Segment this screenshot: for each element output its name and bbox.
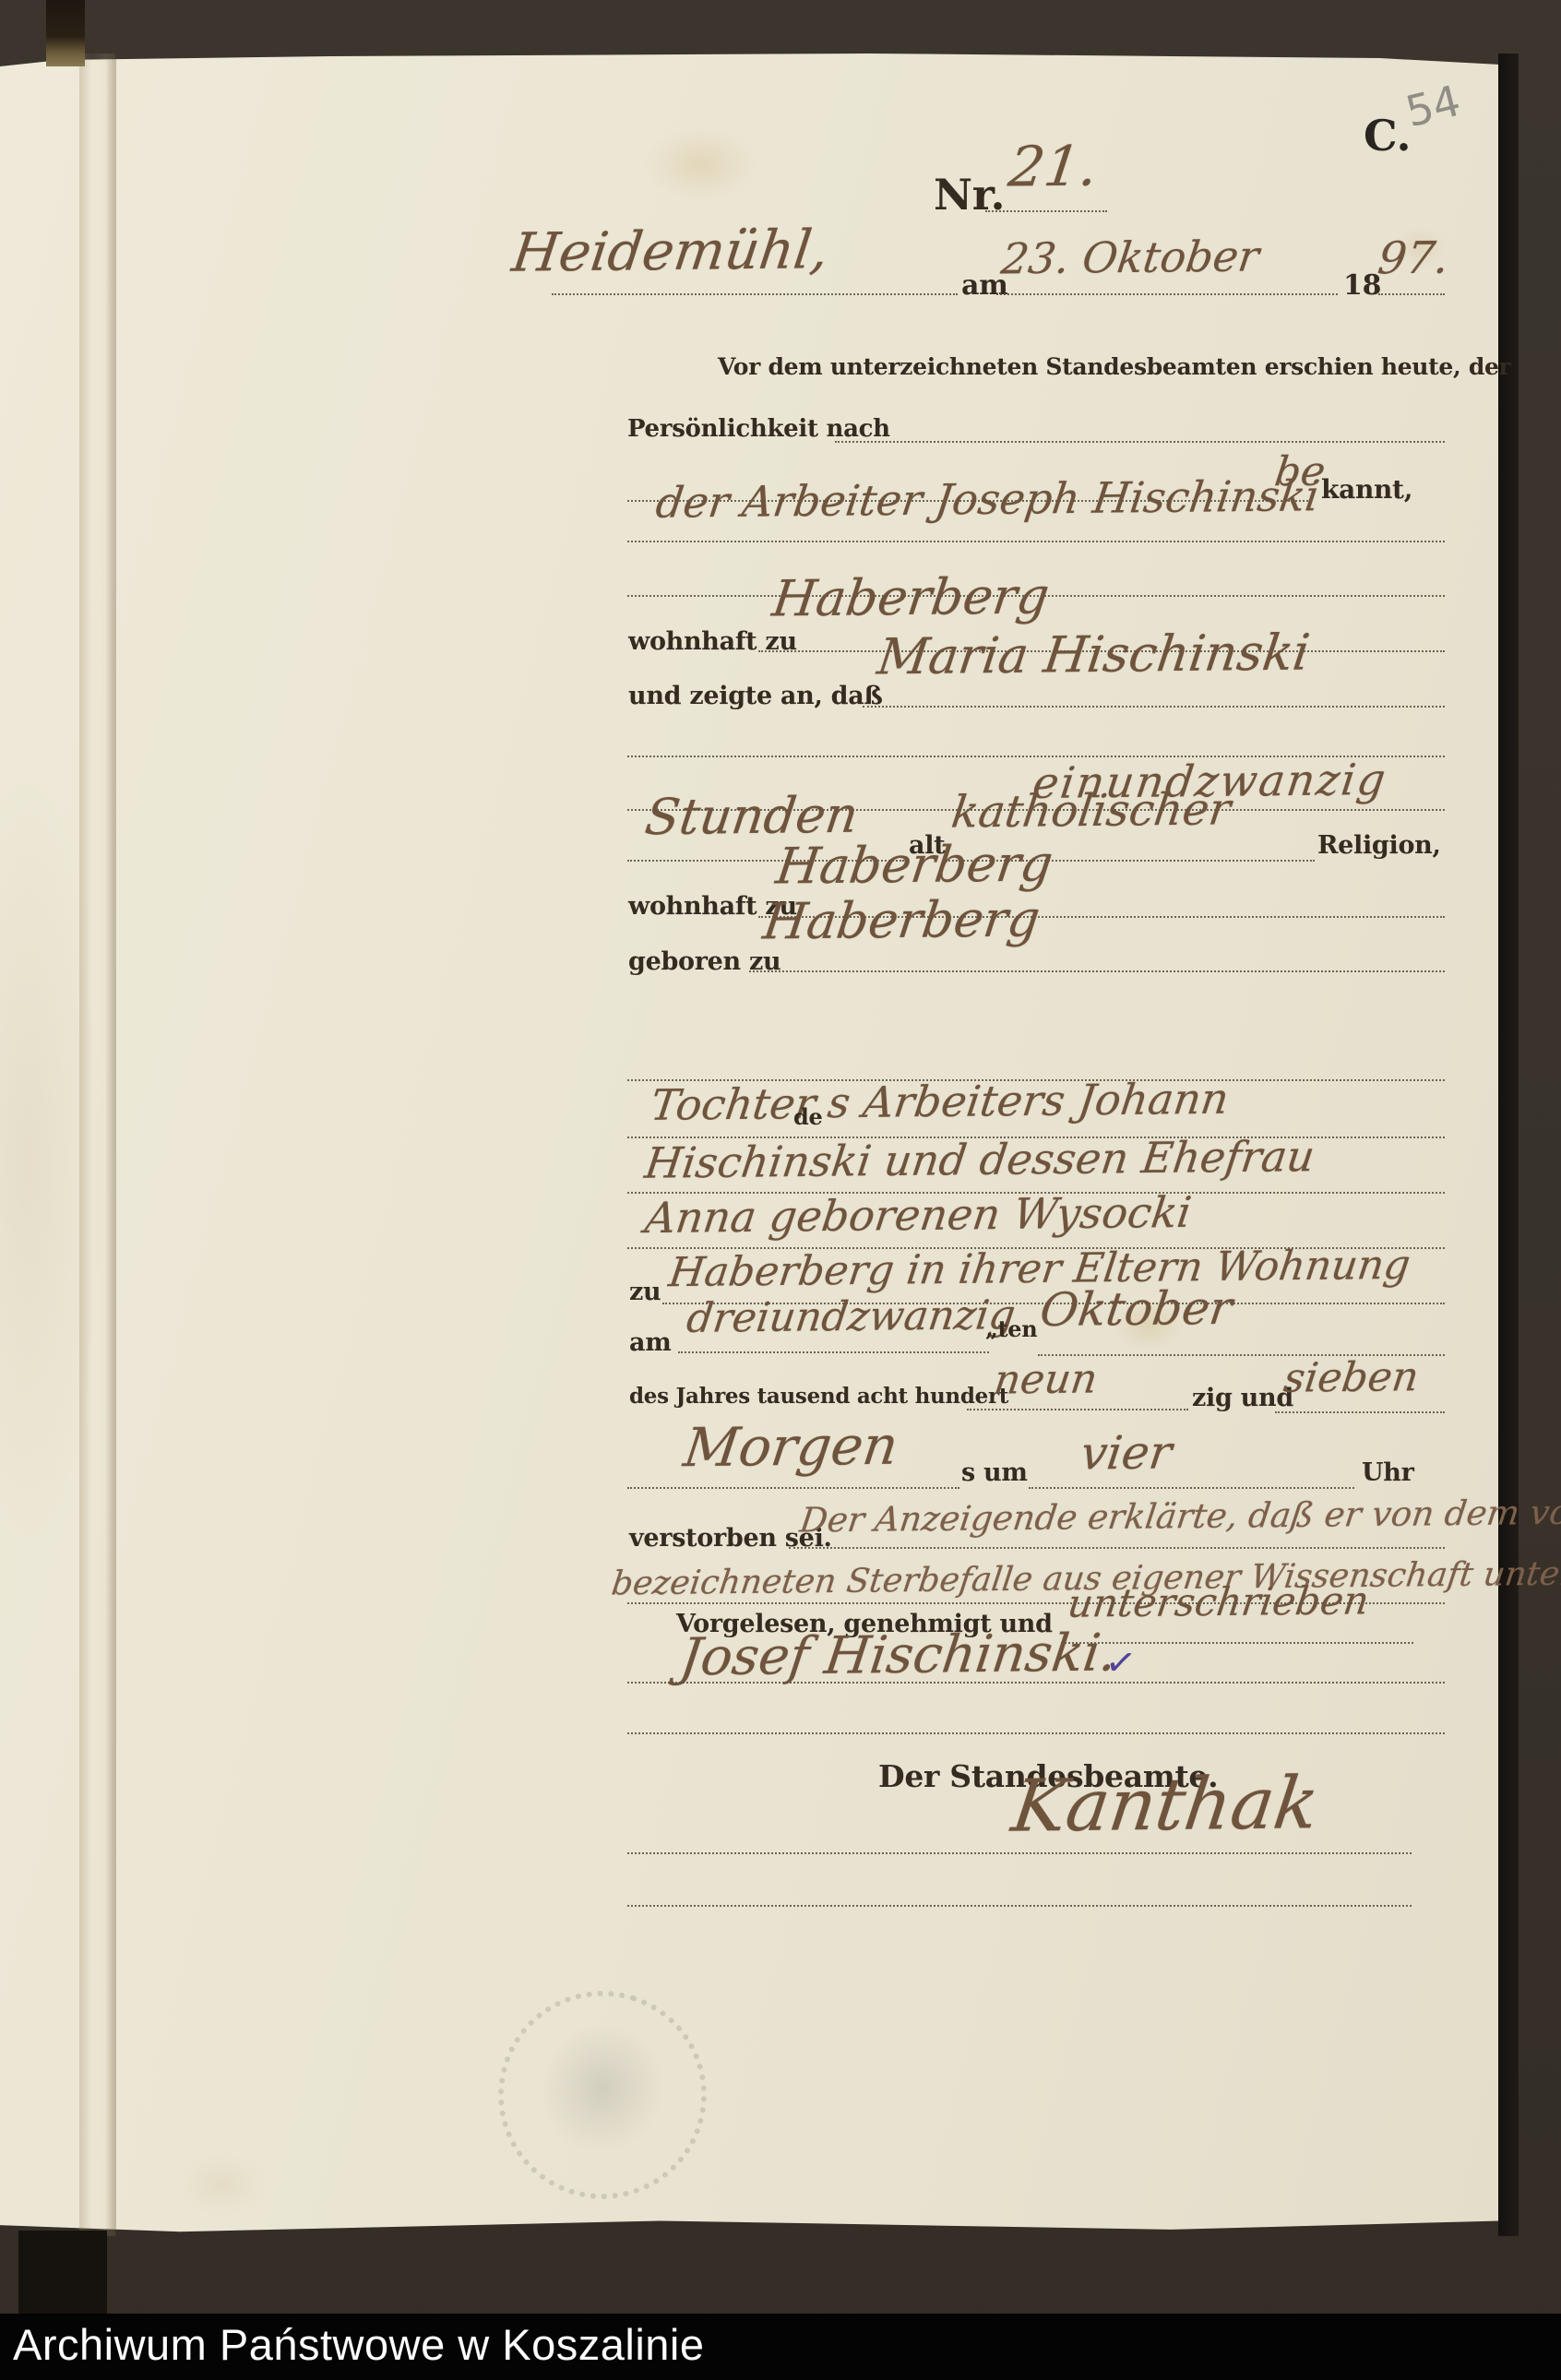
dotted-rule [789,1547,1445,1549]
section-letter: C. [1364,111,1411,161]
daytime-value: Morgen [680,1414,901,1479]
page-edge-shadow [1498,54,1519,2236]
dotted-rule [863,706,1445,708]
deceased-name: Maria Hischinski [875,624,1314,686]
religion-value: katholischer [948,783,1233,838]
dotted-rule [627,1487,959,1489]
intro-sentence: Vor dem unterzeichneten Standesbeamten e… [718,353,1511,380]
declarant-residence: Haberberg [769,566,1053,627]
dotted-rule [985,210,1107,212]
dotted-rule [678,1351,989,1353]
birthplace-value: Haberberg [760,889,1043,950]
record-number-value: 21. [1005,135,1102,200]
dotted-rule [627,1682,1445,1684]
dotted-rule [1029,1487,1354,1489]
religion-label: Religion, [1317,831,1441,860]
declarant-name: der Arbeiter Joseph Hischinski [653,470,1322,528]
hour-value: vier [1078,1425,1174,1480]
dotted-rule [627,1732,1445,1734]
identity-label: Persönlichkeit nach [627,415,890,443]
dotted-rule [552,293,958,295]
zig-und-label: zig und [1192,1384,1293,1412]
dotted-rule [1378,293,1445,295]
bekannt-printed: kannt, [1321,474,1412,505]
declaration-line1: Der Anzeigende erklärte, daß er von dem … [798,1492,1561,1540]
binding-thread [46,0,85,66]
archival-scan: { "page": { "corner_letter": "C.", "penc… [0,0,1561,2380]
dotted-rule [996,293,1338,295]
binding-crease [79,54,116,2236]
year-hand-part1: neun [992,1355,1101,1403]
dotted-rule [749,970,1445,972]
registrar-signature: Kanthak [1007,1762,1324,1848]
ten-suffix: „ten [985,1315,1037,1342]
dotted-rule [1275,1411,1445,1413]
checkmark-annotation: ✓ [1102,1640,1139,1686]
deceased-residence: Haberberg [773,834,1056,895]
dotted-rule [627,1852,1412,1854]
am2-label: am [629,1328,671,1357]
de-fragment: de [793,1103,822,1130]
parents-line2: Hischinski und dessen Ehefrau [642,1131,1317,1188]
declarant-signature: Josef Hischinski. [676,1624,1120,1688]
place-of-record: Heidemühl, [508,218,832,284]
year-hand: 97. [1375,232,1452,285]
uhr-label: Uhr [1362,1458,1414,1487]
dotted-rule [627,541,1445,542]
year-hand-part2: sieben [1281,1353,1422,1402]
year-sentence-label: des Jahres tausend acht hundert [629,1384,1008,1409]
dotted-rule [835,441,1445,443]
mother-name: Anna geborenen Wysocki [642,1187,1194,1243]
zu-label: zu [629,1278,661,1306]
dotted-rule [967,1409,1188,1410]
death-month: Oktober [1037,1281,1235,1337]
record-date: 23. Oktober [998,232,1262,284]
s-um-label: s um [961,1458,1028,1487]
report-label: und zeigte an, daß [628,682,883,710]
book-spine [18,2231,107,2315]
unterschrieben-hand: unterschrieben [1066,1577,1372,1625]
archive-caption: Archiwum Państwowe w Koszalinie [13,2319,705,2370]
dotted-rule [627,1905,1412,1907]
death-day: dreiundzwanzig [684,1291,1018,1342]
death-place: Haberberg in ihrer Eltern Wohnung [666,1242,1412,1296]
father-name: s Arbeiters Johann [825,1074,1232,1128]
